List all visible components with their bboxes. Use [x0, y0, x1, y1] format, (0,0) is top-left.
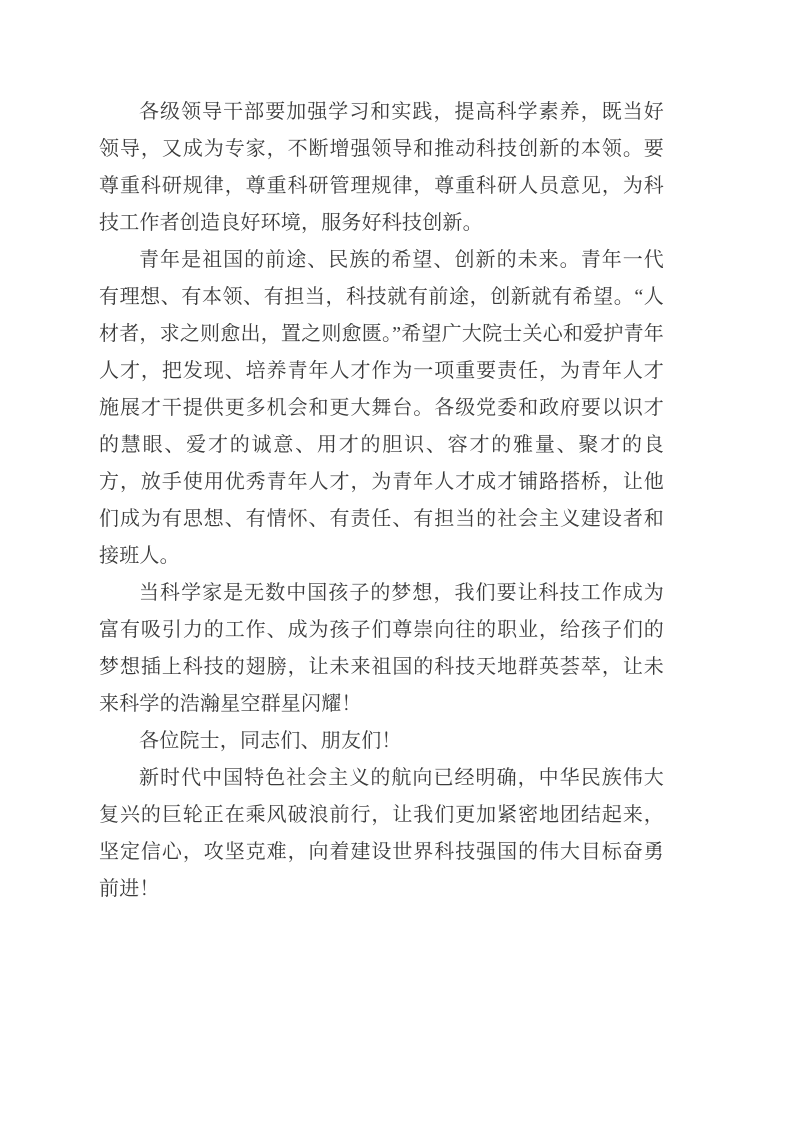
document-page: 各级领导干部要加强学习和实践，提高科学素养，既当好领导，又成为专家，不断增强领导…: [0, 0, 793, 1122]
paragraph: 新时代中国特色社会主义的航向已经明确，中华民族伟大复兴的巨轮正在乘风破浪前行，让…: [99, 760, 664, 908]
paragraph: 各位院士，同志们、朋友们！: [99, 723, 664, 760]
document-body-text: 各级领导干部要加强学习和实践，提高科学素养，既当好领导，又成为专家，不断增强领导…: [99, 94, 664, 908]
paragraph: 当科学家是无数中国孩子的梦想，我们要让科技工作成为富有吸引力的工作、成为孩子们尊…: [99, 575, 664, 723]
paragraph: 青年是祖国的前途、民族的希望、创新的未来。青年一代有理想、有本领、有担当，科技就…: [99, 242, 664, 575]
paragraph: 各级领导干部要加强学习和实践，提高科学素养，既当好领导，又成为专家，不断增强领导…: [99, 94, 664, 242]
